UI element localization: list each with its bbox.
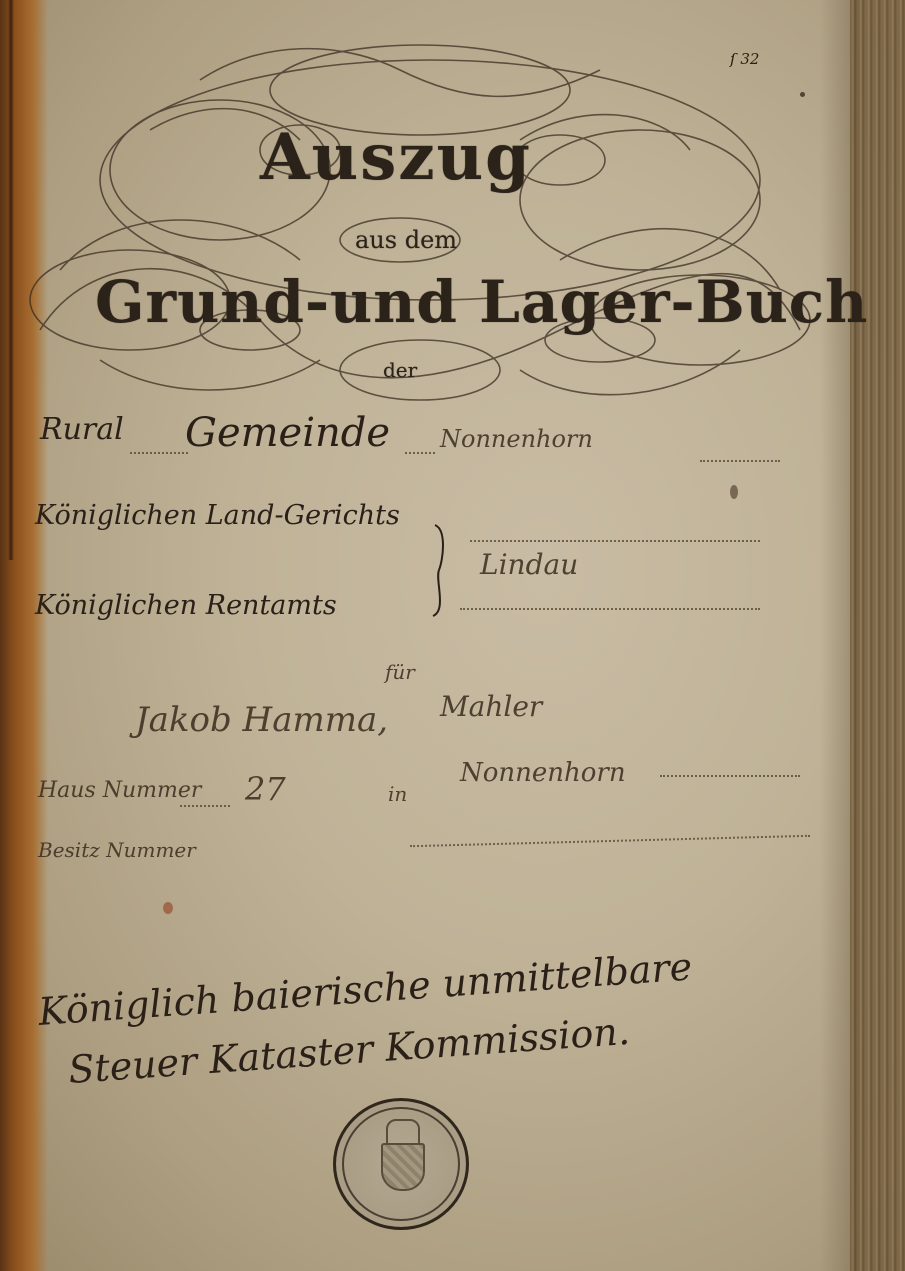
document-page: ſ 32 Auszug aus dem Grund-und Lag — [0, 0, 905, 1271]
rent-office-label: Königlichen Rentamts — [35, 590, 337, 621]
title-der: der — [383, 358, 417, 382]
municipality-value: Nonnenhorn — [440, 425, 593, 453]
owner-name: Jakob Hamma, — [135, 700, 388, 740]
house-number-label: Haus Nummer — [38, 778, 201, 803]
district-value: Lindau — [480, 548, 578, 581]
court-label: Königlichen Land-Gerichts — [35, 500, 400, 531]
dotted-fill-line — [405, 452, 435, 454]
location-value: Nonnenhorn — [460, 758, 626, 788]
house-number-value: 27 — [245, 770, 286, 808]
property-number-label: Besitz Nummer — [38, 838, 196, 862]
stain — [730, 485, 738, 499]
coat-of-arms-icon — [381, 1143, 425, 1191]
calligraphic-flourish-ornament — [0, 0, 905, 420]
dotted-fill-line — [460, 608, 760, 610]
for-label: für — [385, 660, 415, 684]
municipality-label: Gemeinde — [185, 410, 390, 456]
location-prefix: in — [388, 782, 407, 806]
title-aus-dem: aus dem — [355, 226, 457, 254]
dotted-fill-line — [660, 775, 800, 777]
owner-occupation: Mahler — [440, 690, 542, 723]
crown-icon — [386, 1119, 420, 1145]
royal-seal-stamp — [333, 1098, 469, 1230]
dotted-fill-line — [130, 452, 188, 454]
brace-bracket — [425, 520, 455, 620]
dotted-fill-line — [700, 460, 780, 462]
municipality-prefix: Rural — [40, 412, 124, 447]
title-auszug: Auszug — [260, 120, 532, 195]
title-grund-und-lager-buch: Grund-und Lager-Buch — [95, 268, 868, 336]
stain — [163, 902, 173, 914]
dotted-fill-line — [180, 805, 230, 807]
dotted-fill-line — [470, 540, 760, 542]
dotted-fill-line — [410, 835, 810, 847]
